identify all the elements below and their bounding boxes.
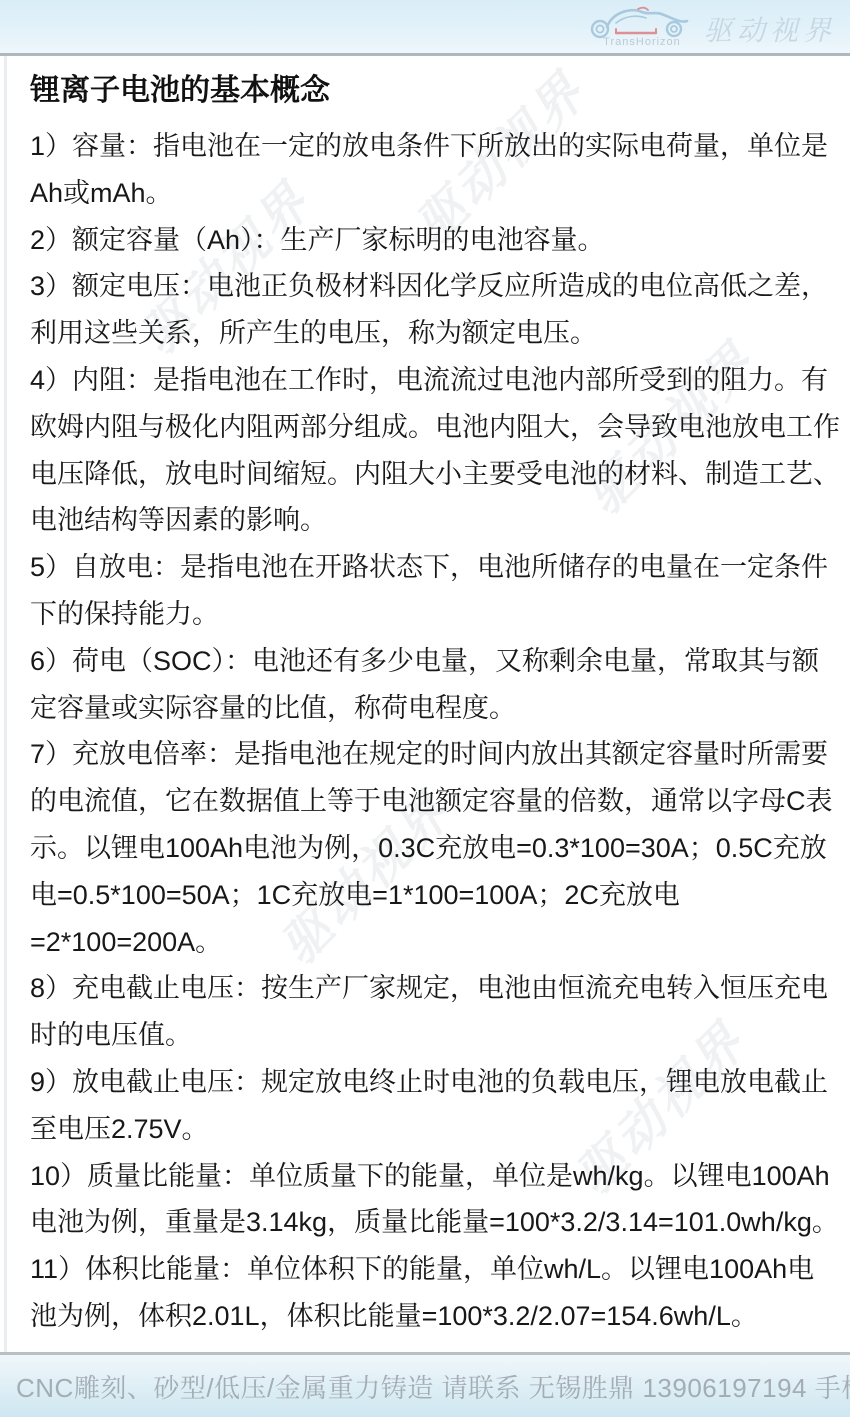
text-line: 3）额定电压：电池正负极材料因化学反应所造成的电位高低之差， <box>30 263 824 310</box>
text-line: 8）充电截止电压：按生产厂家规定，电池由恒流充电转入恒压充电 <box>30 965 824 1012</box>
document-title: 锂离子电池的基本概念 <box>30 73 824 109</box>
text-line: 电池为例，重量是3.14kg，质量比能量=100*3.2/3.14=101.0w… <box>30 1199 824 1246</box>
document-body: 1）容量：指电池在一定的放电条件下所放出的实际电荷量，单位是Ah或mAh。2）额… <box>30 123 824 1340</box>
logo-brand-cn: 驱动视界 <box>704 9 836 49</box>
text-line: 池为例，体积2.01L，体积比能量=100*3.2/2.07=154.6wh/L… <box>30 1293 824 1340</box>
text-line: 5）自放电：是指电池在开路状态下，电池所储存的电量在一定条件 <box>30 544 824 591</box>
text-line: 电池结构等因素的影响。 <box>30 497 824 544</box>
text-line: 电=0.5*100=50A；1C充放电=1*100=100A；2C充放电 <box>30 872 824 919</box>
header-band: TransHorizon 驱动视界 <box>0 0 850 56</box>
text-line: 4）内阻：是指电池在工作时，电流流过电池内部所受到的阻力。有 <box>30 357 824 404</box>
text-line: 11）体积比能量：单位体积下的能量，单位wh/L。以锂电100Ah电 <box>30 1246 824 1293</box>
text-line: 9）放电截止电压：规定放电终止时电池的负载电压，锂电放电截止 <box>30 1059 824 1106</box>
text-line: 欧姆内阻与极化内阻两部分组成。电池内阻大，会导致电池放电工作 <box>30 404 824 451</box>
document-page: TransHorizon 驱动视界 驱动视界驱动视界驱动视界驱动视界驱动视界 锂… <box>0 0 850 1417</box>
text-line: 下的保持能力。 <box>30 591 824 638</box>
text-line: 1）容量：指电池在一定的放电条件下所放出的实际电荷量，单位是 <box>30 123 824 170</box>
text-line: 2）额定容量（Ah）：生产厂家标明的电池容量。 <box>30 217 824 264</box>
text-line: 定容量或实际容量的比值，称荷电程度。 <box>30 685 824 732</box>
text-line: 利用这些关系，所产生的电压，称为额定电压。 <box>30 310 824 357</box>
text-line: 电压降低，放电时间缩短。内阻大小主要受电池的材料、制造工艺、 <box>30 451 824 498</box>
text-line: Ah或mAh。 <box>30 170 824 217</box>
car-logo-icon <box>586 3 698 39</box>
text-line: =2*100=200A。 <box>30 919 824 966</box>
text-line: 6）荷电（SOC）：电池还有多少电量，又称剩余电量，常取其与额 <box>30 638 824 685</box>
text-line: 时的电压值。 <box>30 1012 824 1059</box>
document-content: 锂离子电池的基本概念 1）容量：指电池在一定的放电条件下所放出的实际电荷量，单位… <box>0 59 850 1340</box>
brand-logo: TransHorizon 驱动视界 <box>586 3 836 53</box>
logo-brand-name: TransHorizon <box>603 36 681 48</box>
text-line: 的电流值，它在数据值上等于电池额定容量的倍数，通常以字母C表 <box>30 778 824 825</box>
footer-contact-text: CNC雕刻、砂型/低压/金属重力铸造 请联系 无锡胜鼎 13906197194 … <box>16 1368 850 1405</box>
logo-car-block: TransHorizon <box>586 3 698 48</box>
text-line: 10）质量比能量：单位质量下的能量，单位是wh/kg。以锂电100Ah <box>30 1153 824 1200</box>
text-line: 示。以锂电100Ah电池为例，0.3C充放电=0.3*100=30A；0.5C充… <box>30 825 824 872</box>
text-line: 7）充放电倍率：是指电池在规定的时间内放出其额定容量时所需要 <box>30 731 824 778</box>
footer-band: CNC雕刻、砂型/低压/金属重力铸造 请联系 无锡胜鼎 13906197194 … <box>0 1355 850 1417</box>
text-line: 至电压2.75V。 <box>30 1106 824 1153</box>
